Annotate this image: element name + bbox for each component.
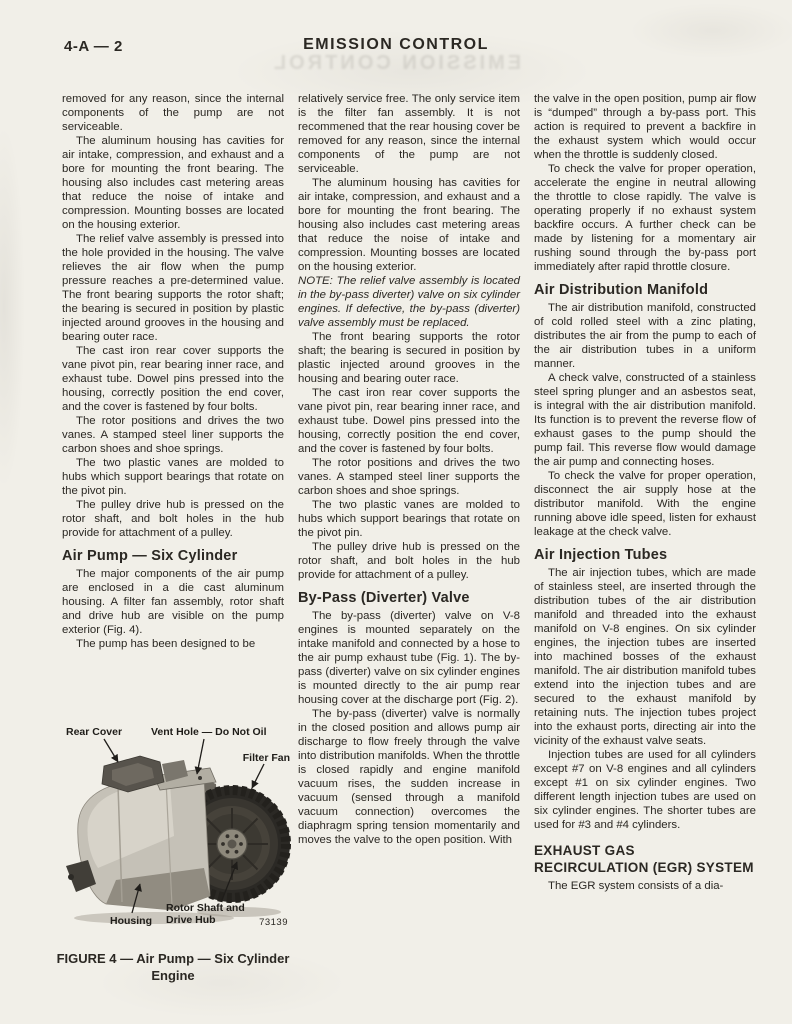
bleed-through-ghost-title: EMISSION CONTROL bbox=[0, 52, 792, 75]
column-3: the valve in the open position, pump air… bbox=[534, 92, 756, 893]
figure-label-vent-hole: Vent Hole — Do Not Oil bbox=[151, 726, 267, 738]
page-number: 4-A — 2 bbox=[64, 38, 123, 55]
paragraph: The cast iron rear cover supports the va… bbox=[298, 386, 520, 456]
figure-label-filter-fan: Filter Fan bbox=[243, 752, 290, 764]
section-heading: Air Injection Tubes bbox=[534, 548, 756, 562]
paragraph: The aluminum housing has cavities for ai… bbox=[62, 134, 284, 232]
paragraph: The air distribution manifold, construct… bbox=[534, 301, 756, 371]
paragraph: The pulley drive hub is pressed on the r… bbox=[62, 498, 284, 540]
page-header: EMISSION CONTROL 4-A — 2 EMISSION CONTRO… bbox=[0, 36, 792, 66]
figure-4-photo-area: Rear Cover Vent Hole — Do Not Oil Filter… bbox=[54, 726, 292, 944]
section-heading: Air Pump — Six Cylinder bbox=[62, 549, 284, 563]
paragraph: removed for any reason, since the intern… bbox=[62, 92, 284, 134]
paragraph: relatively service free. The only servic… bbox=[298, 92, 520, 176]
paragraph: The two plastic vanes are molded to hubs… bbox=[62, 456, 284, 498]
figure-label-rear-cover: Rear Cover bbox=[66, 726, 122, 738]
paragraph: The pump has been designed to be bbox=[62, 637, 284, 651]
figure-photo-id: 73139 bbox=[259, 917, 288, 928]
paragraph: To check the valve for proper operation,… bbox=[534, 162, 756, 274]
housing-shape bbox=[78, 774, 210, 910]
note-paragraph: NOTE: The relief valve assembly is locat… bbox=[298, 274, 520, 330]
figure-caption: FIGURE 4 — Air Pump — Six Cylinder Engin… bbox=[54, 950, 292, 984]
paragraph: A check valve, constructed of a stainles… bbox=[534, 371, 756, 469]
figure-label-rotor-shaft-drive-hub: Rotor Shaft and Drive Hub bbox=[166, 902, 245, 926]
section-heading: By-Pass (Diverter) Valve bbox=[298, 591, 520, 605]
section-heading: Air Distribution Manifold bbox=[534, 283, 756, 297]
paragraph: The major components of the air pump are… bbox=[62, 567, 284, 637]
paragraph: The two plastic vanes are molded to hubs… bbox=[298, 498, 520, 540]
paragraph: The cast iron rear cover supports the va… bbox=[62, 344, 284, 414]
column-2: relatively service free. The only servic… bbox=[298, 92, 520, 893]
paragraph: The aluminum housing has cavities for ai… bbox=[298, 176, 520, 274]
paragraph: The by-pass (diverter) valve is normally… bbox=[298, 707, 520, 847]
paragraph: The by-pass (diverter) valve on V-8 engi… bbox=[298, 609, 520, 707]
figure-label-housing: Housing bbox=[110, 915, 152, 927]
paragraph: The rotor positions and drives the two v… bbox=[298, 456, 520, 498]
paragraph: The pulley drive hub is pressed on the r… bbox=[298, 540, 520, 582]
figure-4: Rear Cover Vent Hole — Do Not Oil Filter… bbox=[54, 726, 292, 984]
paragraph: The rotor positions and drives the two v… bbox=[62, 414, 284, 456]
section-heading: EXHAUST GAS RECIRCULATION (EGR) SYSTEM bbox=[534, 842, 756, 876]
paragraph: The relief valve assembly is pressed int… bbox=[62, 232, 284, 344]
paragraph: The air injection tubes, which are made … bbox=[534, 566, 756, 748]
manual-page: EMISSION CONTROL 4-A — 2 EMISSION CONTRO… bbox=[0, 0, 792, 1024]
paragraph: The front bearing supports the rotor sha… bbox=[298, 330, 520, 386]
paragraph: the valve in the open position, pump air… bbox=[534, 92, 756, 162]
paragraph: The EGR system consists of a dia- bbox=[534, 879, 756, 893]
paragraph: To check the valve for proper operation,… bbox=[534, 469, 756, 539]
paragraph: Injection tubes are used for all cylinde… bbox=[534, 748, 756, 832]
